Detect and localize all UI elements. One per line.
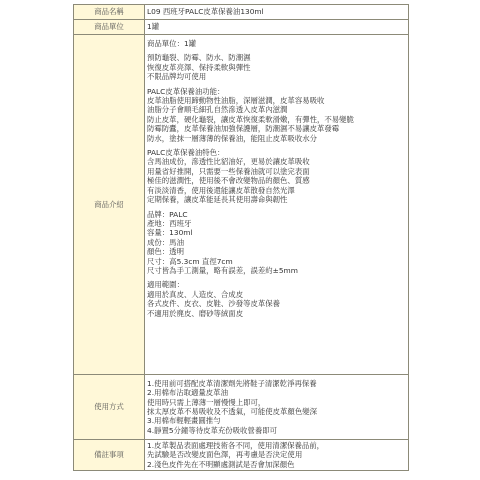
value-product-unit: 1罐 [145,20,409,35]
usage-line: 抹太厚皮革不易吸收及不透氣，可能使皮革顏色變深 [147,407,406,416]
intro-line: PALC皮革保養油功能： [147,87,406,96]
value-product-name: L09 西班牙PALC皮革保養油130ml [145,5,409,20]
intro-line: 不限品牌均可使用 [147,72,406,81]
label-notes: 備註事項 [74,440,145,471]
intro-unit-paragraph: 商品單位：1罐 [147,39,406,48]
intro-line: 容量：130ml [147,228,406,237]
intro-line: 尺寸皆為手工測量，略有誤差，誤差約±5mm [147,266,406,275]
intro-line: 產地：西班牙 [147,219,406,228]
intro-line: 成份：馬油 [147,238,406,247]
row-usage: 使用方式 1.使用前可搭配皮革清潔劑先將鞋子清潔乾淨再保養 2.用棉布沾取適量皮… [74,375,409,440]
usage-line: 1.使用前可搭配皮革清潔劑先將鞋子清潔乾淨再保養 [147,379,406,388]
intro-line: PALC皮革保養油特色： [147,148,406,157]
intro-line: 商品單位：1罐 [147,39,406,48]
intro-line: 品牌：PALC [147,210,406,219]
label-product-unit: 商品單位 [74,20,145,35]
label-product-name: 商品名稱 [74,5,145,20]
value-product-intro: 商品單位：1罐 預防龜裂、防霉、防水、防潮濕 恢復皮革亮澤、保持柔軟與彈性 不限… [145,35,409,375]
label-product-intro: 商品介紹 [74,35,145,375]
intro-line: 預防龜裂、防霉、防水、防潮濕 [147,53,406,62]
intro-specs-paragraph: 品牌：PALC 產地：西班牙 容量：130ml 成份：馬油 顏色：透明 尺寸：高… [147,210,406,276]
intro-benefits-paragraph: 預防龜裂、防霉、防水、防潮濕 恢復皮革亮澤、保持柔軟與彈性 不限品牌均可使用 [147,53,406,81]
row-notes: 備註事項 1.皮革製品表面處理技術各不同，使用清潔保養品前， 先試驗是否改變皮面… [74,440,409,471]
intro-line: 皮革油脂使用蹄動物性油脂，深層滋潤，皮革容易吸收 [147,96,406,105]
intro-line: 極佳的滋潤性，使用後不會改變物品的顏色、質感 [147,176,406,185]
intro-line: 恢復皮革亮澤、保持柔軟與彈性 [147,63,406,72]
intro-line: 用量省好推開，只需要一些保養油就可以塗完表面 [147,167,406,176]
intro-line: 有淡淡清香，使用後還能讓皮革散發自然光澤 [147,186,406,195]
intro-line: 各式皮件、皮衣、皮鞋、沙發等皮革保養 [147,299,406,308]
intro-line: 顏色：透明 [147,247,406,256]
notes-line: 2.淺色皮件先在不明顯處測試是否會加深顏色 [147,460,406,469]
intro-line: 不適用於麂皮、磨砂等絨面皮 [147,309,406,318]
intro-line: 定期保養，讓皮革能延長其使用壽命與韌性 [147,195,406,204]
row-product-unit: 商品單位 1罐 [74,20,409,35]
intro-line: 防止皮革，硬化龜裂，讓皮革恢復柔軟滑嫩，有彈性，不易變脆 [147,115,406,124]
usage-line: 使用時只需上薄薄一層慢慢上即可， [147,398,406,407]
intro-line: 含馬油成份，滲透性比貂油好，更易於讓皮革吸收 [147,157,406,166]
intro-line: 尺寸：高5.3cm 直徑7cm [147,257,406,266]
notes-line: 1.皮革製品表面處理技術各不同，使用清潔保養品前， [147,441,406,450]
notes-line: 先試驗是否改變皮面色澤，再考慮是否決定使用 [147,450,406,459]
usage-line: 2.用棉布沾取適量皮革油 [147,388,406,397]
usage-line: 4.靜置5分鐘等待皮革充份吸收營養即可 [147,426,406,435]
intro-scope-paragraph: 適用範圍： 適用於真皮、人造皮、合成皮 各式皮件、皮衣、皮鞋、沙發等皮革保養 不… [147,280,406,318]
intro-line: 防霉防蠹，皮革保養油加強保護層，防潮濕不易讓皮革發霉 [147,124,406,133]
intro-line: 油脂分子會順毛細孔自然滲透入皮革內滋潤 [147,105,406,114]
intro-line: 防水，塗抹一層薄薄的保養油，能阻止皮革吸收水分 [147,134,406,143]
row-product-name: 商品名稱 L09 西班牙PALC皮革保養油130ml [74,5,409,20]
product-spec-table: 商品名稱 L09 西班牙PALC皮革保養油130ml 商品單位 1罐 商品介紹 … [73,4,409,471]
intro-features-paragraph: PALC皮革保養油特色： 含馬油成份，滲透性比貂油好，更易於讓皮革吸收 用量省好… [147,148,406,204]
intro-line: 適用範圍： [147,280,406,289]
intro-line: 適用於真皮、人造皮、合成皮 [147,290,406,299]
label-usage: 使用方式 [74,375,145,440]
row-product-intro: 商品介紹 商品單位：1罐 預防龜裂、防霉、防水、防潮濕 恢復皮革亮澤、保持柔軟與… [74,35,409,375]
value-usage: 1.使用前可搭配皮革清潔劑先將鞋子清潔乾淨再保養 2.用棉布沾取適量皮革油 使用… [145,375,409,440]
value-notes: 1.皮革製品表面處理技術各不同，使用清潔保養品前， 先試驗是否改變皮面色澤，再考… [145,440,409,471]
intro-functions-paragraph: PALC皮革保養油功能： 皮革油脂使用蹄動物性油脂，深層滋潤，皮革容易吸收 油脂… [147,87,406,143]
usage-line: 3.用棉布輕輕畫圓推勻 [147,416,406,425]
